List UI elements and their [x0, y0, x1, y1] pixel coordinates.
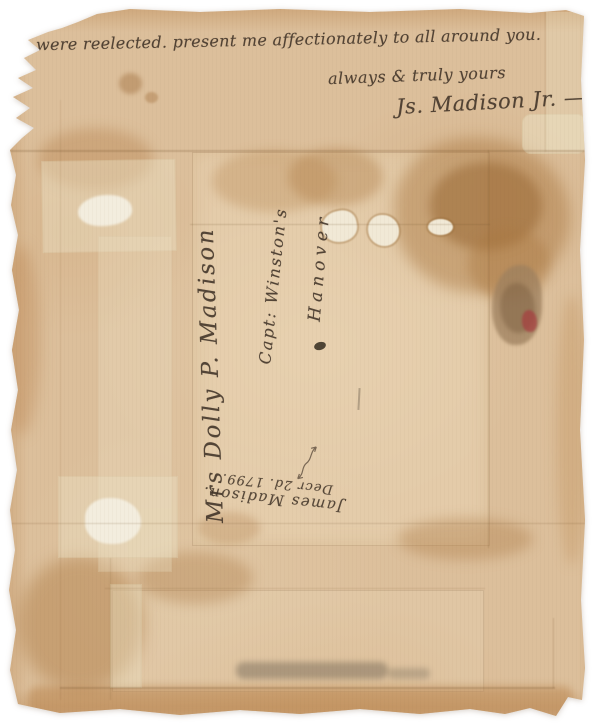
crease-line: [105, 588, 485, 589]
crease-line: [60, 687, 555, 689]
crease-line: [488, 150, 489, 548]
aged-letter-sheet: were reelected. present me affectionatel…: [0, 0, 600, 725]
tape-repair: [110, 584, 142, 688]
crease-line: [553, 618, 554, 688]
letter-photo: were reelected. present me affectionatel…: [0, 0, 600, 725]
closing-line-1: were reelected. present me affectionatel…: [36, 25, 541, 55]
stain: [119, 73, 142, 94]
fold-hole: [428, 219, 453, 235]
stain: [398, 518, 533, 560]
stain: [556, 295, 588, 565]
tape-repair: [546, 12, 584, 150]
fold-hole: [368, 215, 399, 246]
crease-line: [110, 558, 111, 700]
paper-sheet-wrapper: were reelected. present me affectionatel…: [0, 0, 600, 725]
stain: [212, 150, 337, 212]
pen-flourish: [291, 442, 324, 484]
red-wax-spot: [522, 310, 537, 332]
stain: [145, 92, 158, 103]
crease-line: [0, 523, 600, 524]
ink-smudge: [388, 668, 430, 679]
crease-line: [0, 150, 600, 152]
paper-loss: [85, 498, 141, 544]
stain: [2, 245, 40, 435]
crease-line: [545, 12, 546, 152]
crease-line: [190, 224, 490, 225]
closing-line-2: always & truly yours: [328, 63, 507, 88]
crease-line: [60, 100, 61, 700]
ink-smudge: [236, 662, 388, 679]
